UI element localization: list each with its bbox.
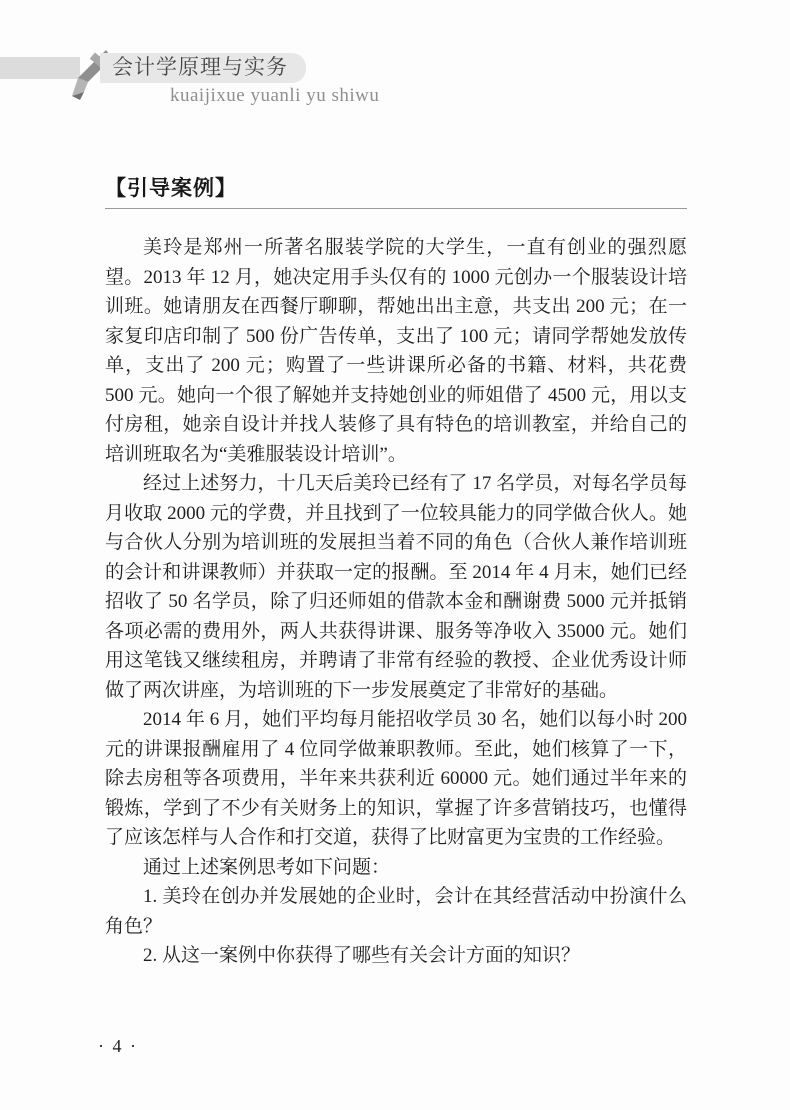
question-1: 1. 美玲在创办并发展她的企业时，会计在其经营活动中扮演什么角色？ <box>105 882 687 941</box>
paragraph-4: 通过上述案例思考如下问题： <box>105 853 687 883</box>
running-head: 会计学原理与实务 kuaijixue yuanli yu shiwu <box>0 0 790 120</box>
book-title: 会计学原理与实务 <box>100 53 306 83</box>
paragraph-2: 经过上述努力，十几天后美玲已经有了 17 名学员，对每名学员每月收取 2000 … <box>105 469 687 705</box>
section-title: 【引导案例】 <box>105 172 687 209</box>
page-number: · 4 · <box>98 1036 138 1057</box>
case-text: 美玲是郑州一所著名服装学院的大学生，一直有创业的强烈愿望。2013 年 12 月… <box>105 233 687 971</box>
paragraph-3: 2014 年 6 月，她们平均每月能招收学员 30 名，她们以每小时 200 元… <box>105 705 687 853</box>
paragraph-1: 美玲是郑州一所著名服装学院的大学生，一直有创业的强烈愿望。2013 年 12 月… <box>105 233 687 469</box>
book-title-pinyin: kuaijixue yuanli yu shiwu <box>170 85 379 107</box>
question-2: 2. 从这一案例中你获得了哪些有关会计方面的知识？ <box>105 941 687 971</box>
page-content: 【引导案例】 美玲是郑州一所著名服装学院的大学生，一直有创业的强烈愿望。2013… <box>105 172 687 971</box>
